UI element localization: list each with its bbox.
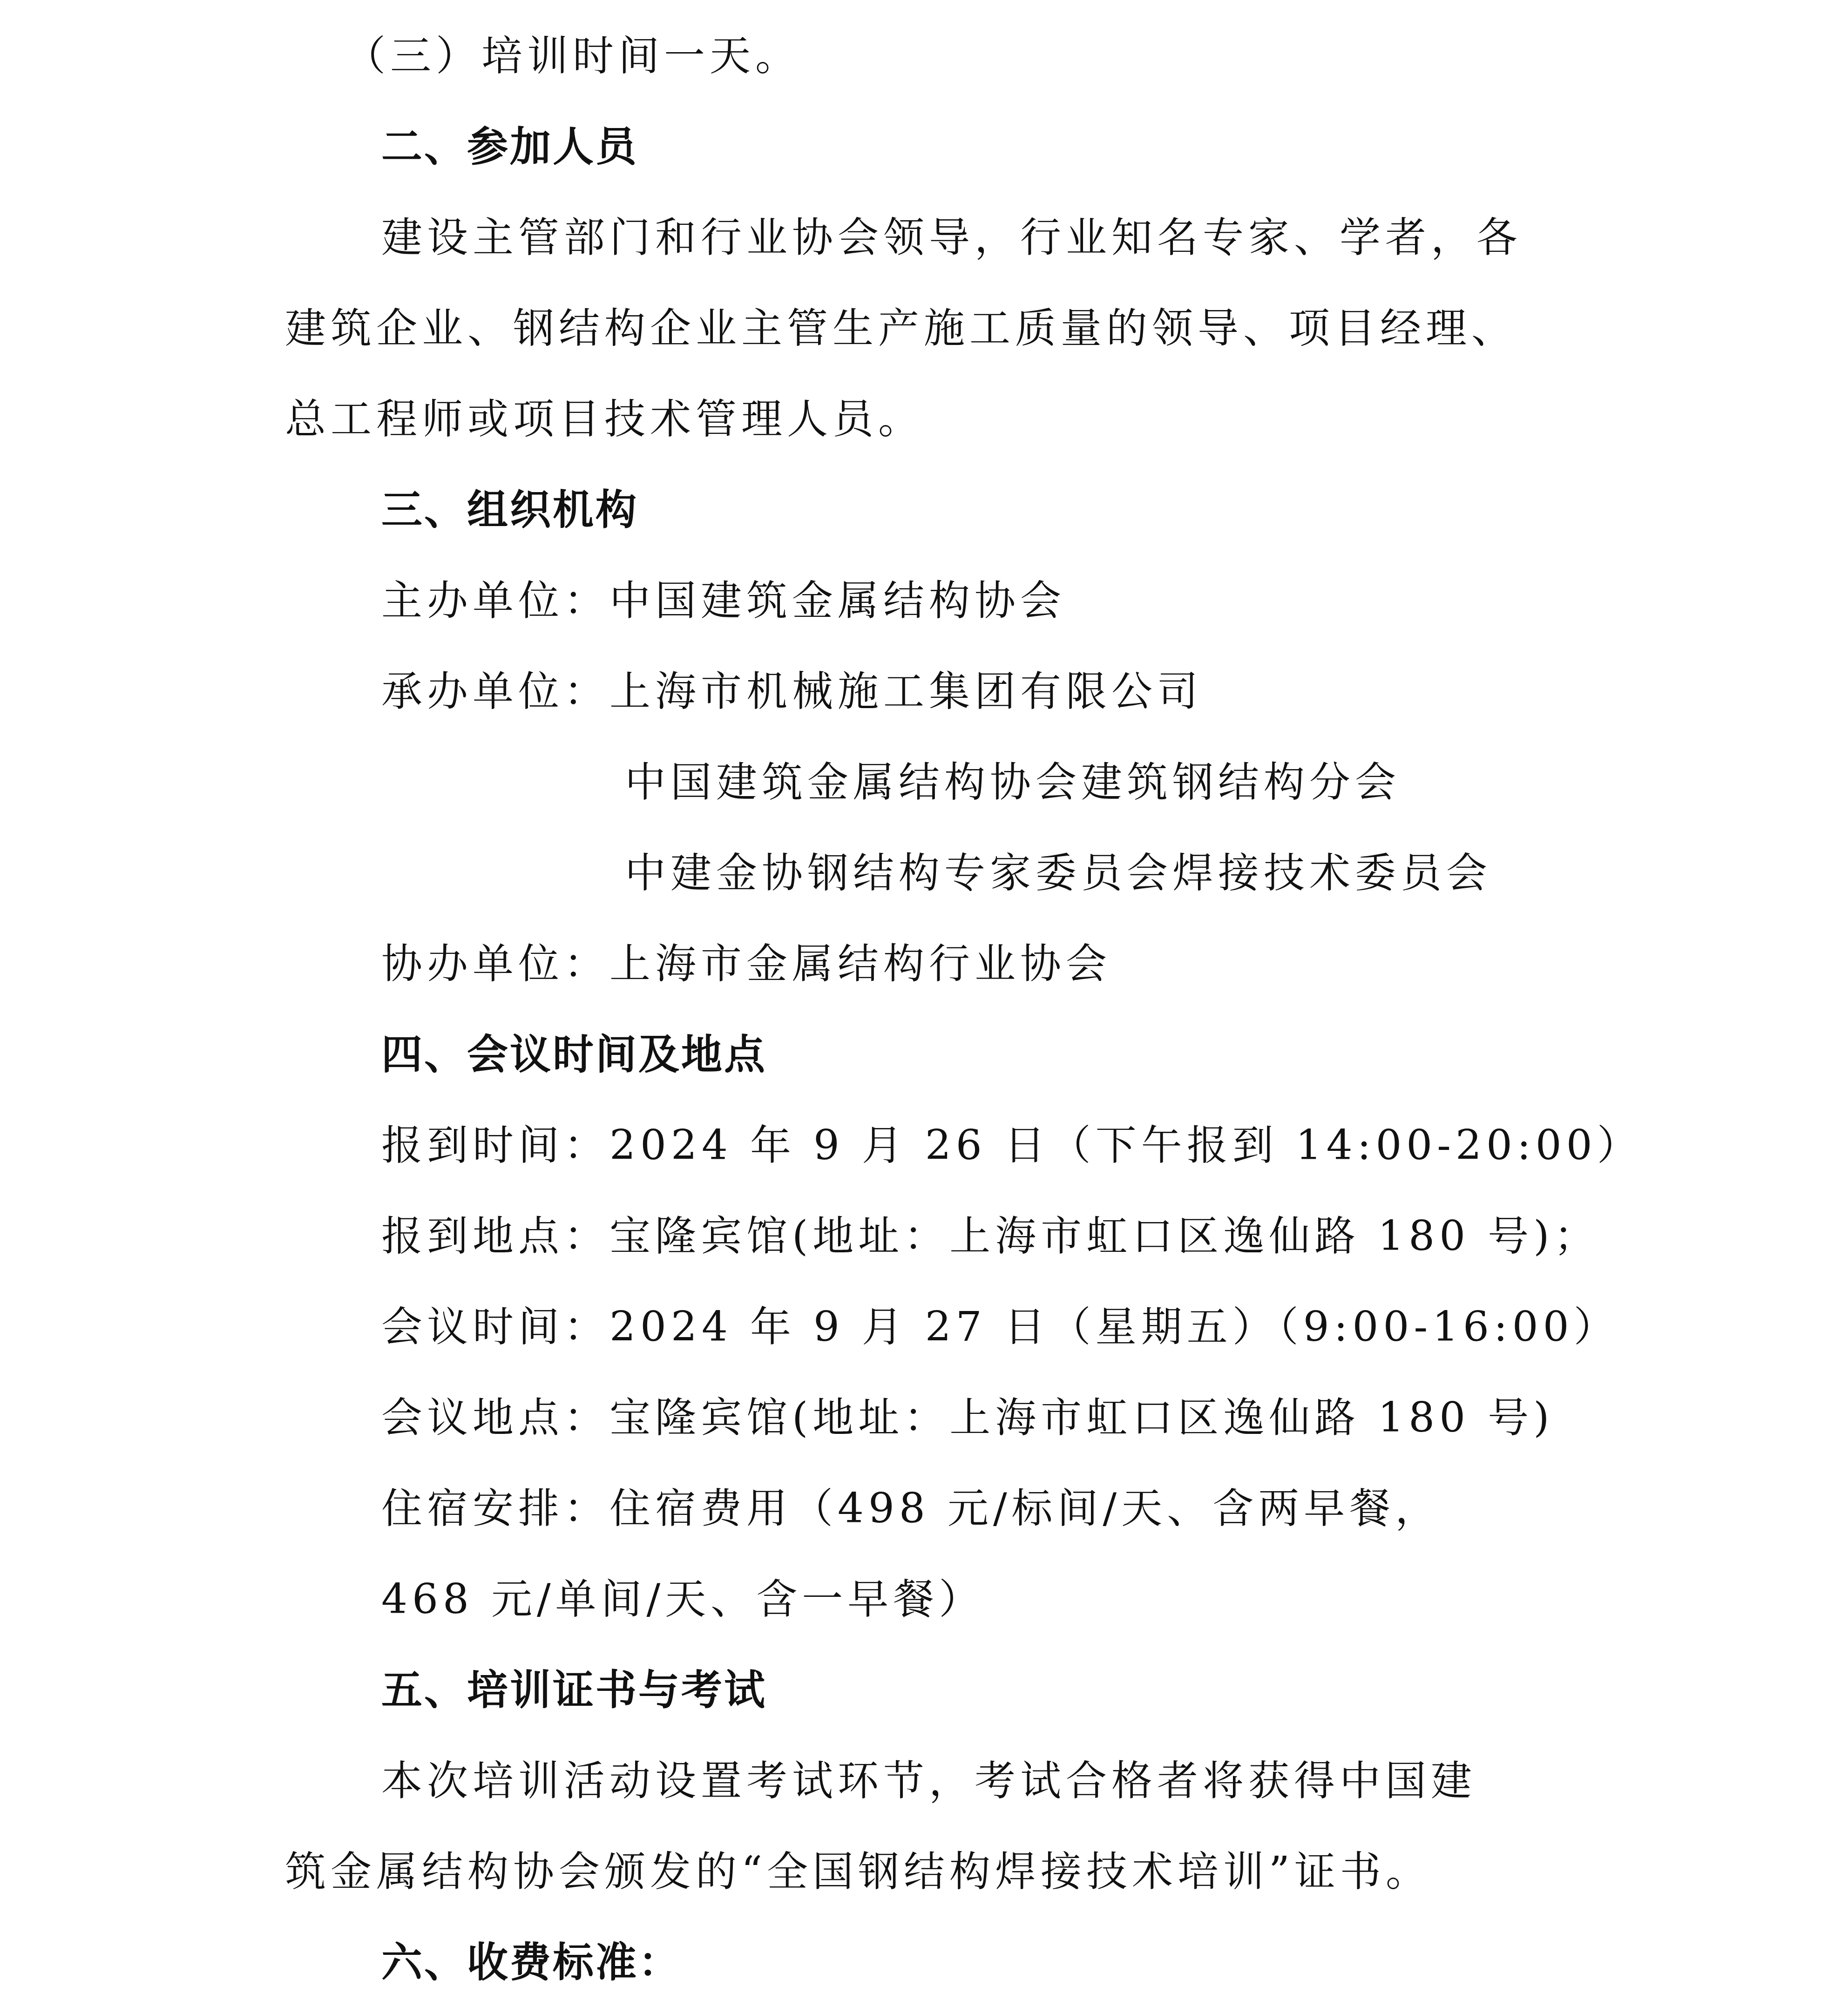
section-heading: 三、组织机构 [381, 486, 638, 533]
paragraph-line: （三）培训时间一天。 [345, 33, 801, 79]
section-heading: 四、会议时间及地点 [381, 1031, 767, 1078]
section-heading: 二、参加人员 [381, 123, 638, 170]
paragraph-line: 会议时间：2024 年 9 月 27 日（星期五）（9:00-16:00） [381, 1304, 1619, 1350]
section-heading: 六、收费标准： [381, 1939, 681, 1986]
paragraph-line: 协办单位：上海市金属结构行业协会 [381, 940, 1111, 987]
paragraph-line: 主办单位：中国建筑金属结构协会 [381, 577, 1066, 624]
paragraph-line: 筑金属结构协会颁发的“全国钢结构焊接技术培训”证书。 [285, 1848, 1431, 1895]
paragraph-line: 中建金协钢结构专家委员会焊接技术委员会 [625, 850, 1492, 896]
paragraph-line: 会议地点：宝隆宾馆(地址：上海市虹口区逸仙路 180 号) [381, 1394, 1554, 1441]
paragraph-line: 住宿安排：住宿费用（498 元/标间/天、含两早餐， [381, 1485, 1441, 1532]
paragraph-line: 建设主管部门和行业协会领导，行业知名专家、学者，各 [381, 214, 1522, 261]
paragraph-line: 建筑企业、钢结构企业主管生产施工质量的领导、项目经理、 [285, 305, 1517, 351]
paragraph-line: 中国建筑金属结构协会建筑钢结构分会 [625, 759, 1401, 805]
paragraph-line: 468 元/单间/天、含一早餐） [381, 1576, 984, 1622]
section-heading: 五、培训证书与考试 [381, 1667, 767, 1713]
paragraph-line: 总工程师或项目技术管理人员。 [285, 396, 924, 442]
paragraph-line: 报到时间：2024 年 9 月 26 日（下午报到 14:00-20:00） [381, 1122, 1643, 1169]
paragraph-line: 承办单位：上海市机械施工集团有限公司 [381, 668, 1203, 715]
paragraph-line: 本次培训活动设置考试环节，考试合格者将获得中国建 [381, 1757, 1476, 1804]
paragraph-line: 报到地点：宝隆宾馆(地址：上海市虹口区逸仙路 180 号)； [381, 1213, 1600, 1259]
